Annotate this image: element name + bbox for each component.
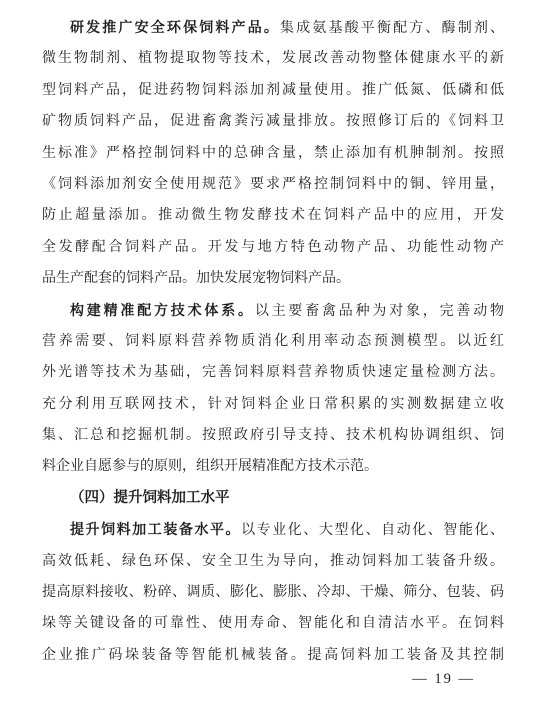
text-line: 企业推广码垛装备等智能机械装备。提高饲料加工装备及其控制 xyxy=(42,640,504,671)
line-text: 企业推广码垛装备等智能机械装备。提高饲料加工装备及其控制 xyxy=(42,648,504,663)
line-text: 以主要畜禽品种为对象，完善动物 xyxy=(255,304,504,319)
text-line: 提高原料接收、粉碎、调质、膨化、膨胀、冷却、干燥、筛分、包装、码 xyxy=(42,577,504,608)
line-text: 集、汇总和挖掘机制。按照政府引导支持、技术机构协调组织、饲 xyxy=(42,428,504,443)
text-line: 集、汇总和挖掘机制。按照政府引导支持、技术机构协调组织、饲 xyxy=(42,420,504,451)
line-text: 生标准》严格控制饲料中的总砷含量，禁止添加有机胂制剂。按照 xyxy=(42,146,504,161)
text-line: 提升饲料加工装备水平。以专业化、大型化、自动化、智能化、 xyxy=(42,514,504,545)
text-line: 构建精准配方技术体系。以主要畜禽品种为对象，完善动物 xyxy=(42,295,504,326)
line-text: 垛等关键设备的可靠性、使用寿命、智能化和自清洁水平。在饲料 xyxy=(42,616,504,631)
text-line: 防止超量添加。推动微生物发酵技术在饲料产品中的应用，开发 xyxy=(42,200,504,231)
text-line: 垛等关键设备的可靠性、使用寿命、智能化和自清洁水平。在饲料 xyxy=(42,608,504,639)
paragraph-lead: 构建精准配方技术体系。 xyxy=(70,302,255,318)
section-heading-text: （四）提升饲料加工水平 xyxy=(70,490,230,506)
paragraph-lead: 提升饲料加工装备水平。 xyxy=(70,521,241,537)
text-line: 高效低耗、绿色环保、安全卫生为导向，推动饲料加工装备升级。 xyxy=(42,546,504,577)
line-text: 营养需要、饲料原料营养物质消化利用率动态预测模型。以近红 xyxy=(42,334,504,349)
line-text: 料企业自愿参与的原则，组织开展精准配方技术示范。 xyxy=(42,459,378,474)
line-text: 充分利用互联网技术，针对饲料企业日常积累的实测数据建立收 xyxy=(42,397,504,412)
text-line: 型饲料产品，促进药物饲料添加剂减量使用。推广低氮、低磷和低 xyxy=(42,75,504,106)
line-text: 提高原料接收、粉碎、调质、膨化、膨胀、冷却、干燥、筛分、包装、码 xyxy=(42,585,504,600)
text-line: 矿物质饲料产品，促进畜禽粪污减量排放。按照修订后的《饲料卫 xyxy=(42,106,504,137)
text-line: 充分利用互联网技术，针对饲料企业日常积累的实测数据建立收 xyxy=(42,389,504,420)
line-text: 矿物质饲料产品，促进畜禽粪污减量排放。按照修订后的《饲料卫 xyxy=(42,114,504,129)
document-body: 研发推广安全环保饲料产品。集成氨基酸平衡配方、酶制剂、 微生物制剂、植物提取物等… xyxy=(42,12,504,671)
line-text: 以专业化、大型化、自动化、智能化、 xyxy=(241,523,504,538)
text-line: 微生物制剂、植物提取物等技术，发展改善动物整体健康水平的新 xyxy=(42,43,504,74)
document-page: 研发推广安全环保饲料产品。集成氨基酸平衡配方、酶制剂、 微生物制剂、植物提取物等… xyxy=(0,0,549,711)
line-text: 型饲料产品，促进药物饲料添加剂减量使用。推广低氮、低磷和低 xyxy=(42,83,504,98)
text-line: 品生产配套的饲料产品。加快发展宠物饲料产品。 xyxy=(42,263,504,294)
line-text: 《饲料添加剂安全使用规范》要求严格控制饲料中的铜、锌用量， xyxy=(42,177,504,192)
text-line: 料企业自愿参与的原则，组织开展精准配方技术示范。 xyxy=(42,451,504,482)
text-line: 全发酵配合饲料产品。开发与地方特色动物产品、功能性动物产 xyxy=(42,232,504,263)
line-text: 全发酵配合饲料产品。开发与地方特色动物产品、功能性动物产 xyxy=(42,240,504,255)
line-text: 品生产配套的饲料产品。加快发展宠物饲料产品。 xyxy=(42,271,350,286)
line-text: 集成氨基酸平衡配方、酶制剂、 xyxy=(280,21,504,36)
section-heading: （四）提升饲料加工水平 xyxy=(42,483,504,514)
page-number: — 19 — xyxy=(412,671,475,688)
text-line: 《饲料添加剂安全使用规范》要求严格控制饲料中的铜、锌用量， xyxy=(42,169,504,200)
text-line: 研发推广安全环保饲料产品。集成氨基酸平衡配方、酶制剂、 xyxy=(42,12,504,43)
line-text: 高效低耗、绿色环保、安全卫生为导向，推动饲料加工装备升级。 xyxy=(42,554,504,569)
text-line: 外光谱等技术为基础，完善饲料原料营养物质快速定量检测方法。 xyxy=(42,357,504,388)
line-text: 外光谱等技术为基础，完善饲料原料营养物质快速定量检测方法。 xyxy=(42,365,504,380)
text-line: 生标准》严格控制饲料中的总砷含量，禁止添加有机胂制剂。按照 xyxy=(42,138,504,169)
text-line: 营养需要、饲料原料营养物质消化利用率动态预测模型。以近红 xyxy=(42,326,504,357)
paragraph-lead: 研发推广安全环保饲料产品。 xyxy=(70,19,280,35)
line-text: 防止超量添加。推动微生物发酵技术在饲料产品中的应用，开发 xyxy=(42,208,504,223)
line-text: 微生物制剂、植物提取物等技术，发展改善动物整体健康水平的新 xyxy=(42,51,504,66)
